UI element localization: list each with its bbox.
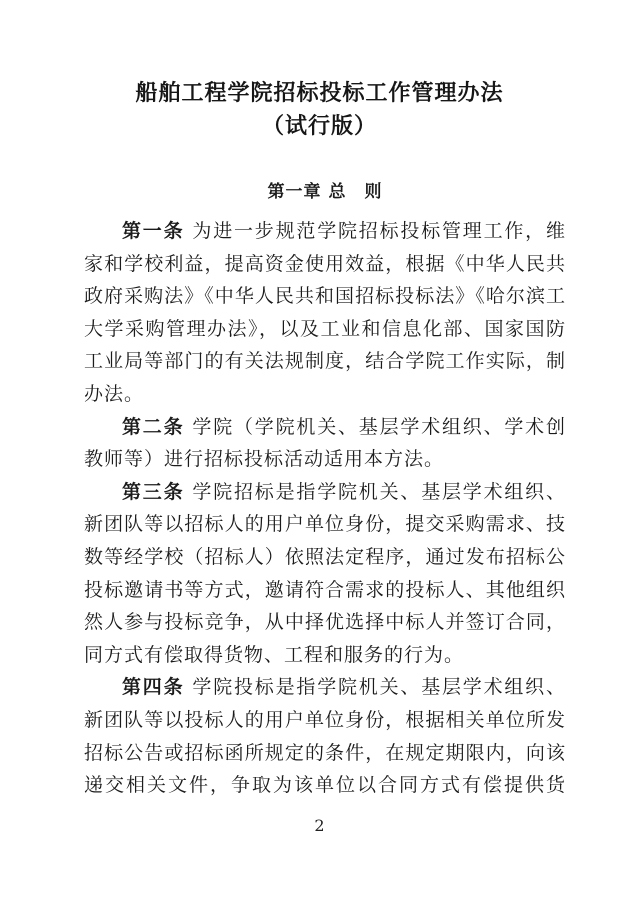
body-line: 第四条学院投标是指学院机关、基层学术组织、学术创 — [84, 671, 566, 704]
article-number: 第一条 — [122, 220, 184, 242]
body-line: 工业局等部门的有关法规制度，结合学院工作实际，制定本 — [84, 345, 566, 378]
body-line: 新团队等以投标人的用户单位身份，根据相关单位所发布的 — [84, 704, 566, 737]
body-line: 第三条学院招标是指学院机关、基层学术组织、学术创 — [84, 476, 566, 509]
body-line: 第二条学院（学院机关、基层学术组织、学术创新团队、 — [84, 411, 566, 444]
article-number: 第二条 — [122, 416, 184, 438]
document-title: 船舶工程学院招标投标工作管理办法 — [0, 80, 639, 108]
body-line: 然人参与投标竞争，从中择优选择中标人并签订合同，以合 — [84, 606, 566, 639]
body-line: 大学采购管理办法》，以及工业和信息化部、国家国防科技 — [84, 313, 566, 346]
body-line: 招标公告或招标函所规定的条件，在规定期限内，向该单位 — [84, 737, 566, 770]
document-subtitle: （试行版） — [0, 113, 639, 141]
body-line: 递交相关文件，争取为该单位以合同方式有偿提供货物、工 — [84, 769, 566, 802]
document-body: 第一条为进一步规范学院招标投标管理工作，维护国 家和学校利益，提高资金使用效益，… — [84, 215, 566, 802]
document-page: 船舶工程学院招标投标工作管理办法 （试行版） 第一章 总 则 第一条为进一步规范… — [0, 0, 639, 904]
body-line: 政府采购法》《中华人民共和国招标投标法》《哈尔滨工程 — [84, 280, 566, 313]
body-line: 同方式有偿取得货物、工程和服务的行为。 — [84, 639, 566, 672]
page-number: 2 — [0, 816, 639, 836]
article-number: 第四条 — [122, 676, 184, 698]
body-line: 投标邀请书等方式，邀请符合需求的投标人、其他组织或自 — [84, 574, 566, 607]
body-line: 新团队等以招标人的用户单位身份，提交采购需求、技术参 — [84, 508, 566, 541]
body-line: 办法。 — [84, 378, 566, 411]
body-line: 家和学校利益，提高资金使用效益，根据《中华人民共和国 — [84, 248, 566, 281]
body-line: 数等经学校（招标人）依照法定程序，通过发布招标公告或 — [84, 541, 566, 574]
body-line: 第一条为进一步规范学院招标投标管理工作，维护国 — [84, 215, 566, 248]
chapter-heading: 第一章 总 则 — [84, 181, 566, 203]
article-number: 第三条 — [122, 481, 184, 503]
body-line: 教师等）进行招标投标活动适用本方法。 — [84, 443, 566, 476]
